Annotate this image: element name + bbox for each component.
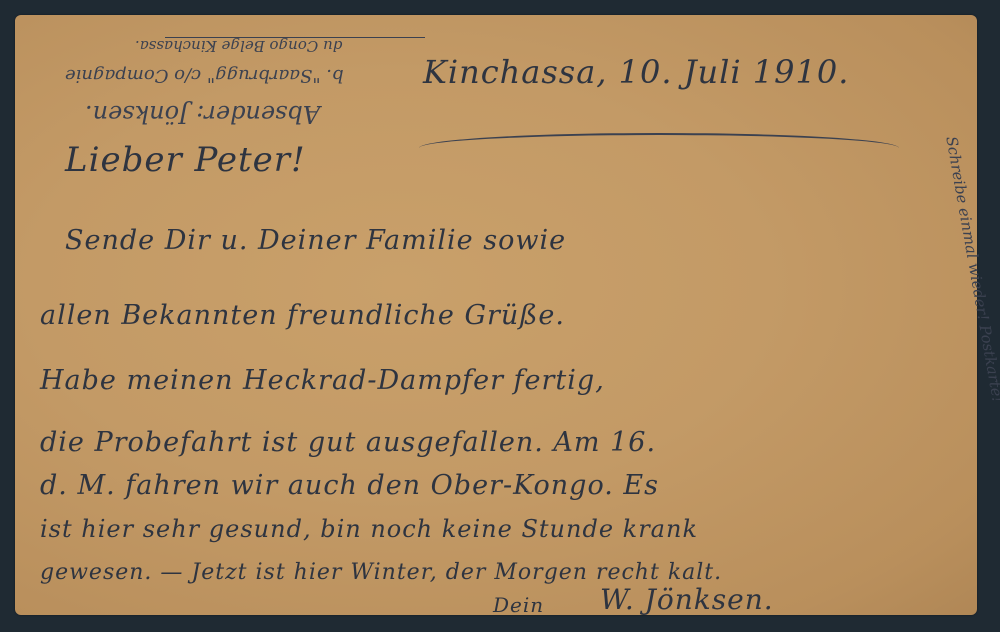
sender-address-line3: du Congo Belge Kinchassa.	[135, 37, 342, 55]
signature: W. Jönksen.	[600, 583, 774, 616]
body-line: Habe meinen Heckrad-Dampfer fertig,	[40, 365, 605, 396]
body-line: ist hier sehr gesund, bin noch keine Stu…	[40, 515, 698, 543]
address-underline	[165, 37, 425, 38]
sender-address-line1: Absender: Jönksen.	[85, 100, 320, 128]
postcard: du Congo Belge Kinchassa. b. "Saarbrugg"…	[15, 15, 977, 615]
closing: Dein	[493, 593, 544, 617]
sender-address-line2: b. "Saarbrugg" c/o Compagnie	[65, 65, 344, 86]
margin-note: Schreibe einmal wieder! Postkarte!	[942, 135, 1000, 404]
body-line: d. M. fahren wir auch den Ober-Kongo. Es	[40, 470, 659, 501]
body-line: die Probefahrt ist gut ausgefallen. Am 1…	[40, 427, 656, 458]
body-line: allen Bekannten freundliche Grüße.	[40, 300, 565, 331]
place-date: Kinchassa, 10. Juli 1910.	[423, 53, 849, 91]
salutation: Lieber Peter!	[65, 140, 306, 180]
date-flourish	[419, 133, 899, 163]
body-line: Sende Dir u. Deiner Familie sowie	[65, 225, 566, 256]
body-line: gewesen. — Jetzt ist hier Winter, der Mo…	[40, 560, 722, 585]
